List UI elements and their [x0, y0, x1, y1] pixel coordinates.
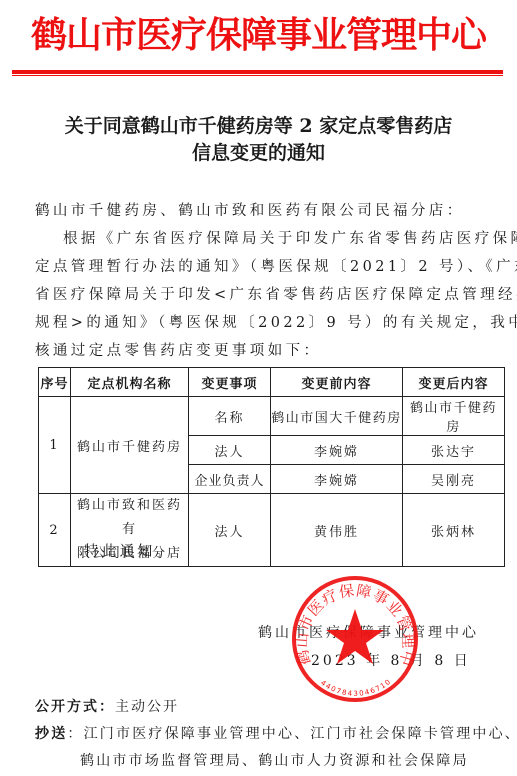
notice-title-line2: 信息变更的通知 — [0, 140, 517, 167]
disclosure-line: 公开方式：主动公开 — [35, 696, 179, 716]
official-seal: 鹤山市医疗保障事业管理中心 4407843046710 — [291, 575, 419, 703]
masthead-org-name: 鹤山市医疗保障事业管理中心 — [0, 10, 517, 60]
paragraph-line-2: 定点管理暂行办法的通知》（粤医保规〔2021〕2 号）、《广东 — [35, 253, 517, 281]
cell-item: 法人 — [189, 436, 271, 465]
header-before: 变更前内容 — [271, 368, 403, 397]
cell-item: 企业负责人 — [189, 465, 271, 494]
cc-line-1: 抄送：江门市医疗保障事业管理中心、江门市社会保障卡管理中心、 — [35, 723, 517, 743]
header-no: 序号 — [39, 368, 71, 397]
cell-institution: 鹤山市千健药房 — [71, 397, 189, 494]
disclosure-value: 主动公开 — [115, 699, 179, 715]
cell-after: 张达宇 — [403, 436, 505, 465]
table-row: 1 鹤山市千健药房 名称 鹤山市国大千健药房 鹤山市千健药房 — [39, 397, 505, 436]
cc-recipients-1: 江门市医疗保障事业管理中心、江门市社会保障卡管理中心、 — [84, 726, 517, 742]
cell-item: 法人 — [189, 494, 271, 567]
addressee: 鹤山市千健药房、鹤山市致和医药有限公司民福分店： — [35, 197, 465, 225]
cell-institution-line1: 鹤山市致和医药有 — [71, 494, 188, 542]
header-after: 变更后内容 — [403, 368, 505, 397]
disclosure-label: 公开方式 — [35, 699, 99, 715]
cell-before: 鹤山市国大千健药房 — [271, 397, 403, 436]
cell-after: 张炳林 — [403, 494, 505, 567]
cc-label: 抄送 — [35, 726, 67, 742]
cell-no: 2 — [39, 494, 71, 567]
header-item: 变更事项 — [189, 368, 271, 397]
paragraph-line-3: 省医疗保障局关于印发<广东省零售药店医疗保障定点管理经办 — [35, 281, 517, 309]
cell-before: 黄伟胜 — [271, 494, 403, 567]
paragraph-line-5: 核通过定点零售药店变更事项如下： — [35, 337, 321, 365]
cell-before: 李婉嫦 — [271, 436, 403, 465]
colon: ： — [99, 699, 115, 715]
paragraph-line-1: 根据《广东省医疗保障局关于印发广东省零售药店医疗保障 — [63, 225, 517, 253]
header-institution: 定点机构名称 — [71, 368, 189, 397]
table-header-row: 序号 定点机构名称 变更事项 变更前内容 变更后内容 — [39, 368, 505, 397]
cell-before: 李婉嫦 — [271, 465, 403, 494]
masthead-rule-thin — [12, 75, 503, 76]
paragraph-line-4: 规程>的通知》（粤医保规〔2022〕9 号）的有关规定，我中心审 — [35, 309, 517, 337]
masthead-rule-thick — [12, 70, 503, 74]
cell-no: 1 — [39, 397, 71, 494]
closing-text: 特此通知。 — [84, 538, 174, 566]
colon: ： — [67, 726, 83, 742]
notice-title-line1: 关于同意鹤山市千健药房等 2 家定点零售药店 — [0, 113, 517, 140]
seal-icon: 鹤山市医疗保障事业管理中心 4407843046710 — [291, 575, 419, 703]
cell-after: 鹤山市千健药房 — [403, 397, 505, 436]
change-items-table: 序号 定点机构名称 变更事项 变更前内容 变更后内容 1 鹤山市千健药房 名称 … — [38, 367, 505, 567]
cell-item: 名称 — [189, 397, 271, 436]
cc-recipients-2: 鹤山市市场监督管理局、鹤山市人力资源和社会保障局 — [80, 750, 469, 770]
cell-after: 吴刚亮 — [403, 465, 505, 494]
